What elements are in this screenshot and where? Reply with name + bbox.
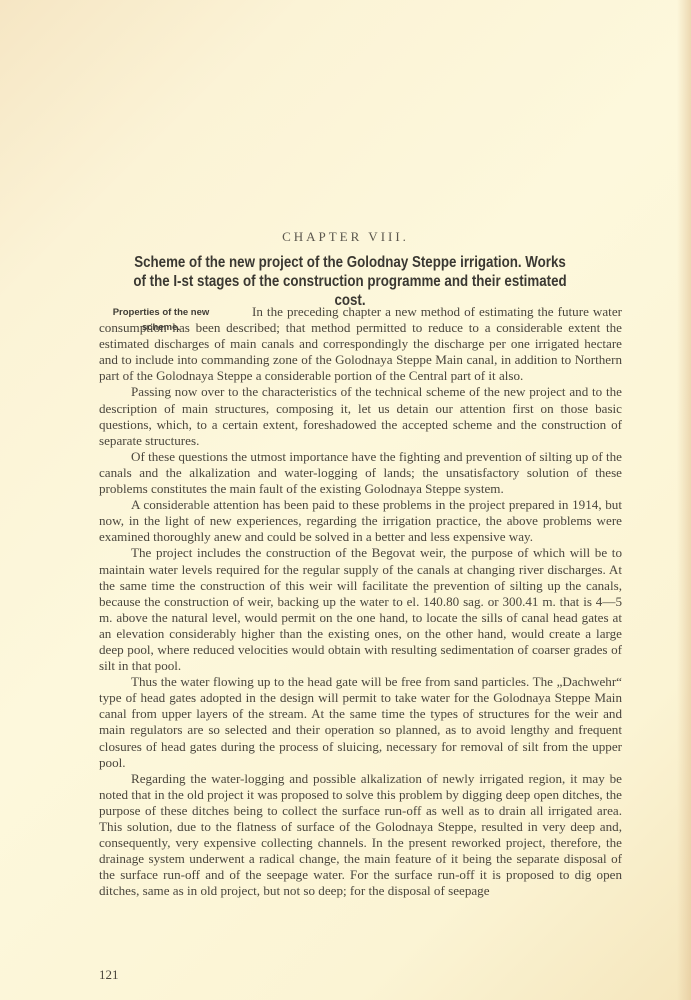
paragraph: The project includes the construction of… [99,545,622,674]
paragraph: Of these questions the utmost importance… [99,449,622,497]
page-edge-shadow [677,0,691,1000]
paragraph: Passing now over to the characteristics … [99,384,622,448]
paragraph: In the preceding chapter a new method of… [99,304,622,384]
paragraph: A considerable attention has been paid t… [99,497,622,545]
body-text: In the preceding chapter a new method of… [99,304,622,899]
chapter-title: Scheme of the new project of the Golodna… [126,253,573,310]
paragraph: Regarding the water-logging and possible… [99,771,622,900]
paragraph: Thus the water flowing up to the head ga… [99,674,622,771]
page-number: 121 [99,967,119,983]
chapter-label: CHAPTER VIII. [0,229,691,245]
paragraph-text: In the preceding chapter a new method of… [99,304,622,383]
